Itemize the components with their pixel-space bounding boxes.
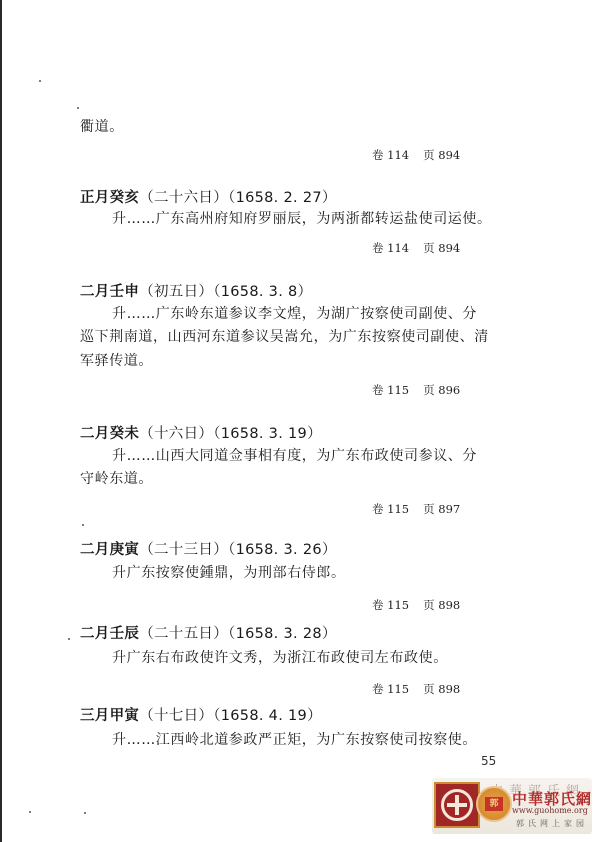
- scan-speck: [39, 80, 41, 82]
- record-heading: 二月壬申（初五日）（1658. 3. 8）: [80, 283, 312, 301]
- record-lunar-day: （二十五日）: [139, 626, 228, 642]
- record-date: （1658. 4. 19）: [213, 708, 322, 724]
- record-text-line: 守岭东道。: [80, 470, 153, 488]
- record-heading: 二月癸未（十六日）（1658. 3. 19）: [80, 425, 322, 443]
- knot-emblem-icon: [434, 782, 480, 828]
- record-text-line: 升广东按察使鍾鼎，为刑部右侍郎。: [112, 564, 346, 582]
- source-reference: 卷 115页 897: [372, 501, 460, 517]
- ref-volume: 卷 115: [372, 383, 409, 397]
- ref-volume: 卷 114: [372, 241, 409, 255]
- record-text-line: 升……广东高州府知府罗丽辰，为两浙都转运盐使司运使。: [112, 210, 492, 228]
- ref-volume: 卷 115: [372, 502, 409, 516]
- record-text-line: 升广东右布政使许文秀，为浙江布政使司左布政使。: [112, 649, 448, 667]
- watermark-logo: 中華郭氏網 郭 中華郭氏網 www.guohome.org 郭氏网上家园: [432, 778, 592, 834]
- source-reference: 卷 114页 894: [372, 147, 460, 163]
- scan-speck: [84, 812, 86, 814]
- record-date: （1658. 2. 27）: [228, 190, 337, 206]
- ref-page: 页 898: [423, 682, 460, 696]
- ref-volume: 卷 115: [372, 598, 409, 612]
- ref-page: 页 898: [423, 598, 460, 612]
- record-heading: 三月甲寅（十七日）（1658. 4. 19）: [80, 707, 322, 725]
- record-month-day: 二月壬申: [80, 284, 139, 300]
- record-text-line: 升……广东岭东道参议李文煌，为湖广按察使司副使、分: [112, 305, 477, 323]
- record-month-day: 二月癸未: [80, 426, 139, 442]
- scan-speck: [82, 524, 84, 526]
- record-lunar-day: （二十六日）: [139, 190, 228, 206]
- record-text-line: 巡下荆南道，山西河东道参议吴嵩允，为广东按察使司副使、清: [80, 328, 489, 346]
- source-reference: 卷 114页 894: [372, 240, 460, 256]
- source-reference: 卷 115页 898: [372, 681, 460, 697]
- watermark-slogan: 郭氏网上家园: [516, 818, 588, 829]
- record-text-line: 升……山西大同道佥事相有度，为广东布政使司参议、分: [112, 447, 477, 465]
- ref-page: 页 894: [423, 241, 460, 255]
- emblem-cross-vertical: [455, 795, 459, 815]
- record-month-day: 正月癸亥: [80, 190, 139, 206]
- scan-speck: [77, 107, 79, 109]
- scan-edge-line: [0, 0, 2, 842]
- document-page: 衢道。 卷 114页 894 正月癸亥（二十六日）（1658. 2. 27） 升…: [0, 0, 595, 842]
- scan-speck: [29, 811, 31, 813]
- record-lunar-day: （初五日）: [139, 284, 213, 300]
- record-date: （1658. 3. 8）: [213, 284, 312, 300]
- ref-page: 页 894: [423, 148, 460, 162]
- ref-volume: 卷 115: [372, 682, 409, 696]
- ref-page: 页 897: [423, 502, 460, 516]
- record-date: （1658. 3. 19）: [213, 426, 322, 442]
- record-month-day: 三月甲寅: [80, 708, 139, 724]
- ref-volume: 卷 114: [372, 148, 409, 162]
- record-heading: 二月壬辰（二十五日）（1658. 3. 28）: [80, 625, 337, 643]
- seal-character: 郭: [485, 797, 503, 811]
- record-date: （1658. 3. 28）: [228, 626, 337, 642]
- page-number: 55: [481, 754, 496, 768]
- seal-icon: 郭: [476, 786, 512, 822]
- record-month-day: 二月庚寅: [80, 542, 139, 558]
- record-lunar-day: （二十三日）: [139, 542, 228, 558]
- record-heading: 正月癸亥（二十六日）（1658. 2. 27）: [80, 189, 337, 207]
- scan-speck: [68, 638, 70, 640]
- record-text-line: 军驿传道。: [80, 352, 153, 370]
- record-heading: 二月庚寅（二十三日）（1658. 3. 26）: [80, 541, 337, 559]
- record-text-line: 升……江西岭北道参政严正矩，为广东按察使司按察使。: [112, 731, 477, 749]
- record-date: （1658. 3. 26）: [228, 542, 337, 558]
- watermark-url: www.guohome.org: [512, 806, 588, 815]
- source-reference: 卷 115页 898: [372, 597, 460, 613]
- record-month-day: 二月壬辰: [80, 626, 139, 642]
- record-lunar-day: （十七日）: [139, 708, 213, 724]
- record-lunar-day: （十六日）: [139, 426, 213, 442]
- continuation-text: 衢道。: [80, 118, 124, 136]
- source-reference: 卷 115页 896: [372, 382, 460, 398]
- ref-page: 页 896: [423, 383, 460, 397]
